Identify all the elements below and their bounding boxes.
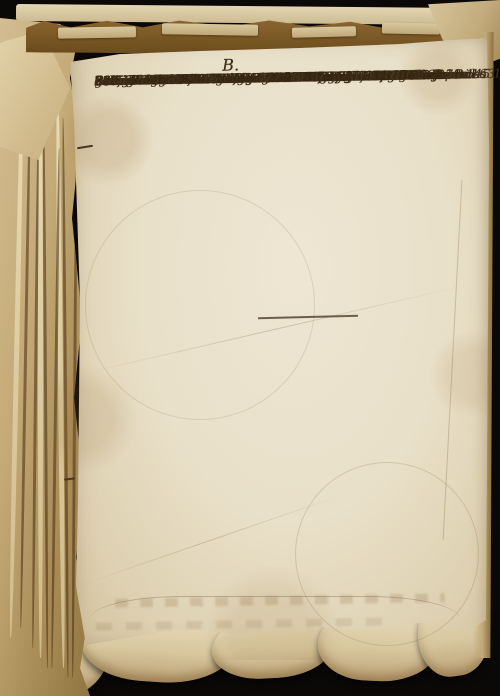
- blind-stamp-circle: [85, 190, 315, 420]
- paper-patch: [382, 22, 440, 34]
- page-crevice: [42, 108, 49, 668]
- paper-patch: [162, 23, 258, 36]
- paper-patch: [292, 26, 356, 38]
- page-crevice: [71, 158, 78, 678]
- manuscript-line: coli 332. Balcani 330.: [94, 69, 243, 91]
- paper-patch: [58, 26, 136, 38]
- manuscript-photo: B. Bolzonarisa 123. Birsimaghi 124. Brec…: [0, 0, 500, 696]
